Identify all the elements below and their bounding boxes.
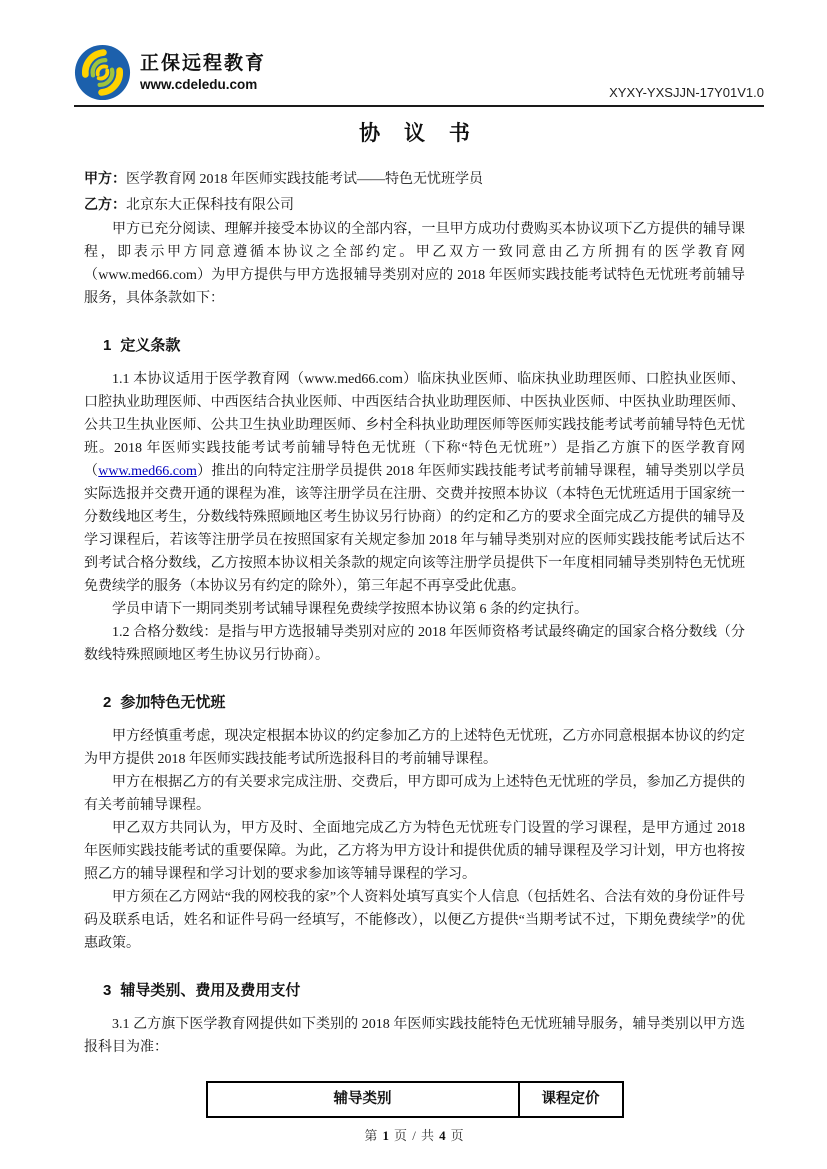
section-3-heading: 3辅导类别、费用及费用支付 — [84, 979, 745, 1002]
section-2-paragraph-4: 甲方须在乙方网站“我的网校我的家”个人资料处填写真实个人信息（包括姓名、合法有效… — [84, 886, 745, 955]
page-header: 正保远程教育 www.cdeledu.com XYXY-YXSJJN-17Y01… — [0, 0, 827, 107]
document-page: 正保远程教育 www.cdeledu.com XYXY-YXSJJN-17Y01… — [0, 0, 827, 1169]
intro-paragraph: 甲方已充分阅读、理解并接受本协议的全部内容，一旦甲方成功付费购买本协议项下乙方提… — [84, 218, 745, 310]
table-header-row: 辅导类别 课程定价 — [207, 1082, 623, 1117]
clause-1-2-paragraph: 1.2 合格分数线：是指与甲方选报辅导类别对应的 2018 年医师资格考试最终确… — [84, 621, 745, 667]
document-code: XYXY-YXSJJN-17Y01V1.0 — [609, 85, 764, 101]
clause-1-1-text-after: ）推出的向特定注册学员提供 2018 年医师实践技能考试考前辅导课程，辅导类别以… — [84, 464, 745, 594]
section-2-heading: 2参加特色无忧班 — [84, 691, 745, 714]
section-1-heading: 1定义条款 — [84, 334, 745, 357]
clause-1-1-renewal-paragraph: 学员申请下一期同类别考试辅导课程免费续学按照本协议第 6 条的约定执行。 — [84, 598, 745, 621]
clause-1-1-text-before: 1.1 本协议适用于医学教育网（www.med66.com）临床执业医师、临床执… — [84, 372, 745, 479]
brand-url: www.cdeledu.com — [140, 76, 266, 93]
section-1-title: 定义条款 — [120, 337, 180, 354]
section-2-paragraph-2: 甲方在根据乙方的有关要求完成注册、交费后，甲方即可成为上述特色无忧班的学员，参加… — [84, 771, 745, 817]
page-number-footer: 第1页 / 共4页 — [84, 1124, 745, 1147]
clause-3-1-paragraph: 3.1 乙方旗下医学教育网提供如下类别的 2018 年医师实践技能特色无忧班辅导… — [84, 1013, 745, 1059]
party-a-line: 甲方：医学教育网 2018 年医师实践技能考试——特色无忧班学员 — [84, 166, 745, 192]
company-logo: 正保远程教育 www.cdeledu.com — [74, 44, 266, 101]
parties-block: 甲方：医学教育网 2018 年医师实践技能考试——特色无忧班学员 乙方：北京东大… — [84, 166, 745, 218]
current-page-number: 1 — [382, 1128, 390, 1143]
header-rule: 正保远程教育 www.cdeledu.com XYXY-YXSJJN-17Y01… — [74, 44, 764, 107]
med66-link[interactable]: www.med66.com — [98, 464, 197, 479]
footer-suffix: 页 — [451, 1128, 465, 1143]
brand-name: 正保远程教育 — [140, 52, 266, 76]
footer-prefix: 第 — [364, 1128, 378, 1143]
document-title: 协 议 书 — [84, 122, 745, 145]
total-page-number: 4 — [439, 1128, 447, 1143]
clause-1-1-paragraph: 1.1 本协议适用于医学教育网（www.med66.com）临床执业医师、临床执… — [84, 368, 745, 598]
brand-text-block: 正保远程教育 www.cdeledu.com — [140, 52, 266, 93]
party-a-text: 医学教育网 2018 年医师实践技能考试——特色无忧班学员 — [126, 172, 483, 187]
brand-swirl-icon — [74, 44, 131, 101]
section-1-number: 1 — [103, 337, 111, 354]
party-a-label: 甲方： — [84, 170, 126, 186]
table-header-price: 课程定价 — [519, 1082, 623, 1117]
footer-mid: 页 / 共 — [394, 1128, 435, 1143]
section-2-paragraph-1: 甲方经慎重考虑，现决定根据本协议的约定参加乙方的上述特色无忧班，乙方亦同意根据本… — [84, 725, 745, 771]
party-b-text: 北京东大正保科技有限公司 — [126, 198, 294, 213]
party-b-label: 乙方： — [84, 196, 126, 212]
section-2-paragraph-3: 甲乙双方共同认为，甲方及时、全面地完成乙方为特色无忧班专门设置的学习课程，是甲方… — [84, 817, 745, 886]
section-3-number: 3 — [103, 982, 111, 999]
document-body: 协 议 书 甲方：医学教育网 2018 年医师实践技能考试——特色无忧班学员 乙… — [0, 122, 827, 1147]
party-b-line: 乙方：北京东大正保科技有限公司 — [84, 192, 745, 218]
table-header-category: 辅导类别 — [207, 1082, 519, 1117]
tutoring-price-table: 辅导类别 课程定价 — [206, 1081, 624, 1118]
section-3-title: 辅导类别、费用及费用支付 — [120, 982, 300, 999]
section-2-title: 参加特色无忧班 — [120, 694, 225, 711]
section-2-number: 2 — [103, 694, 111, 711]
